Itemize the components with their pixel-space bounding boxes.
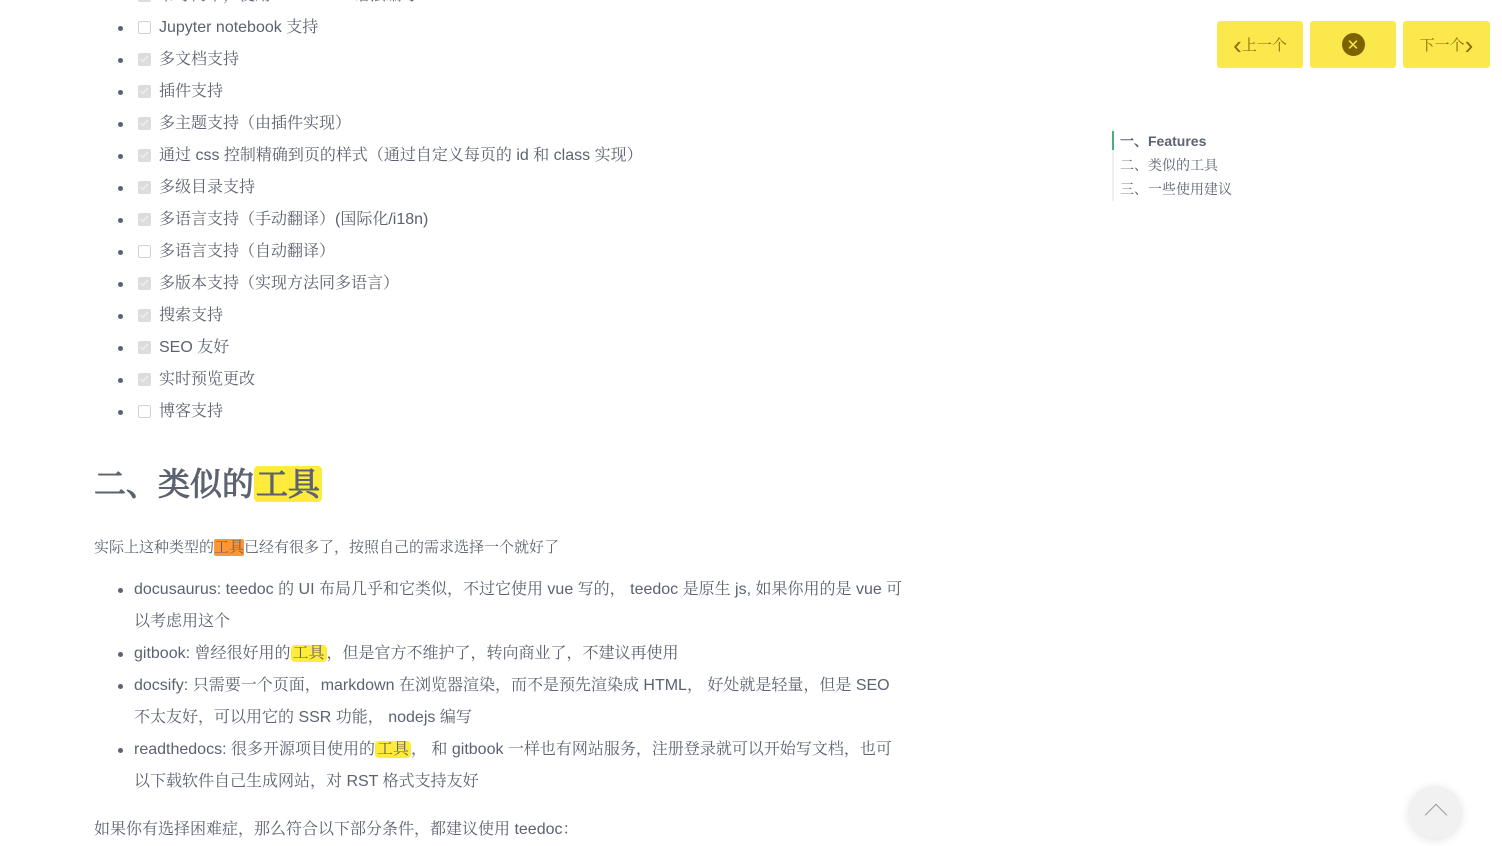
- tool-item-docusaurus: docusaurus: teedoc 的 UI 布局几乎和它类似，不过它使用 v…: [134, 574, 904, 638]
- next-label: 下一个: [1420, 34, 1465, 55]
- toc-item-similar-tools[interactable]: 二、类似的工具: [1114, 153, 1232, 177]
- feature-label: 博客支持: [159, 403, 223, 420]
- checkbox-checked-icon: [138, 0, 151, 2]
- checkbox-checked-icon: [138, 149, 151, 162]
- feature-item: 书写简单，使用 Markdown 语法编写: [118, 0, 904, 12]
- checkbox-checked-icon: [138, 341, 151, 354]
- feature-label: Jupyter notebook 支持: [159, 19, 318, 36]
- feature-label: 实时预览更改: [159, 371, 255, 388]
- feature-label: 多语言支持（手动翻译）(国际化/i18n): [159, 211, 428, 228]
- feature-item: 博客支持: [118, 396, 904, 428]
- toc-item-usage-suggestions[interactable]: 三、一些使用建议: [1114, 177, 1232, 201]
- feature-checklist: 书写简单，使用 Markdown 语法编写 Jupyter notebook 支…: [94, 0, 904, 428]
- intro-text: 已经有很多了，按照自己的需求选择一个就好了: [244, 539, 559, 556]
- search-highlight: 工具: [254, 466, 322, 502]
- tool-text: gitbook: 曾经很好用的: [134, 645, 291, 662]
- toc-item-features[interactable]: 一、Features: [1114, 129, 1232, 153]
- checkbox-checked-icon: [138, 117, 151, 130]
- feature-label: 多文档支持: [159, 51, 239, 68]
- tool-item-docsify: docsify: 只需要一个页面，markdown 在浏览器渲染，而不是预先渲染…: [134, 670, 904, 734]
- feature-item: Jupyter notebook 支持: [118, 12, 904, 44]
- checkbox-checked-icon: [138, 213, 151, 226]
- feature-item: 插件支持: [118, 76, 904, 108]
- checkbox-checked-icon: [138, 373, 151, 386]
- checkbox-checked-icon: [138, 309, 151, 322]
- search-highlight: 工具: [291, 645, 327, 662]
- intro-text: 实际上这种类型的: [94, 539, 214, 556]
- feature-item: 多文档支持: [118, 44, 904, 76]
- feature-item: 多版本支持（实现方法同多语言）: [118, 268, 904, 300]
- checkbox-checked-icon: [138, 53, 151, 66]
- feature-label: 多语言支持（自动翻译）: [159, 243, 335, 260]
- feature-item: 多级目录支持: [118, 172, 904, 204]
- feature-item: 多语言支持（手动翻译）(国际化/i18n): [118, 204, 904, 236]
- search-highlight: 工具: [375, 741, 411, 758]
- tool-text: docusaurus: teedoc 的 UI 布局几乎和它类似，不过它使用 v…: [134, 581, 902, 630]
- feature-label: 多级目录支持: [159, 179, 255, 196]
- checkbox-unchecked-icon: [138, 405, 151, 418]
- previous-match-button[interactable]: ‹ 上一个: [1217, 21, 1303, 68]
- search-navigation-bar: ‹ 上一个 ✕ 下一个 ›: [1217, 21, 1490, 68]
- feature-item: 通过 css 控制精确到页的样式（通过自定义每页的 id 和 class 实现）: [118, 140, 904, 172]
- feature-item: 搜索支持: [118, 300, 904, 332]
- tool-text: docsify: 只需要一个页面，markdown 在浏览器渲染，而不是预先渲染…: [134, 677, 890, 726]
- table-of-contents: 一、Features 二、类似的工具 三、一些使用建议: [1112, 129, 1232, 201]
- search-highlight-current: 工具: [214, 539, 244, 556]
- feature-label: 多主题支持（由插件实现）: [159, 115, 351, 132]
- feature-label: 多版本支持（实现方法同多语言）: [159, 275, 399, 292]
- checkbox-checked-icon: [138, 277, 151, 290]
- chevron-right-icon: ›: [1465, 32, 1474, 58]
- heading-text: 二、类似的: [94, 466, 254, 502]
- doc-content: 书写简单，使用 Markdown 语法编写 Jupyter notebook 支…: [94, 0, 904, 846]
- intro-paragraph: 实际上这种类型的工具已经有很多了，按照自己的需求选择一个就好了: [94, 532, 904, 564]
- close-search-button[interactable]: ✕: [1310, 21, 1396, 68]
- feature-label: 插件支持: [159, 83, 223, 100]
- feature-label: SEO 友好: [159, 339, 229, 356]
- chevron-left-icon: ‹: [1233, 32, 1242, 58]
- tool-text: readthedocs: 很多开源项目使用的: [134, 741, 375, 758]
- checkbox-unchecked-icon: [138, 21, 151, 34]
- feature-label: 书写简单，使用 Markdown 语法编写: [159, 0, 418, 4]
- checkbox-checked-icon: [138, 85, 151, 98]
- feature-label: 通过 css 控制精确到页的样式（通过自定义每页的 id 和 class 实现）: [159, 147, 643, 164]
- next-match-button[interactable]: 下一个 ›: [1403, 21, 1490, 68]
- checkbox-unchecked-icon: [138, 245, 151, 258]
- previous-label: 上一个: [1242, 34, 1287, 55]
- section-heading-similar-tools: 二、类似的工具: [94, 458, 904, 510]
- tools-list: docusaurus: teedoc 的 UI 布局几乎和它类似，不过它使用 v…: [94, 574, 904, 798]
- close-icon: ✕: [1342, 33, 1365, 56]
- feature-item: SEO 友好: [118, 332, 904, 364]
- tool-item-gitbook: gitbook: 曾经很好用的工具，但是官方不维护了，转向商业了，不建议再使用: [134, 638, 904, 670]
- tool-item-readthedocs: readthedocs: 很多开源项目使用的工具， 和 gitbook 一样也有…: [134, 734, 904, 798]
- closing-paragraph: 如果你有选择困难症，那么符合以下部分条件，都建议使用 teedoc：: [94, 814, 904, 846]
- feature-item: 实时预览更改: [118, 364, 904, 396]
- tool-text: ，但是官方不维护了，转向商业了，不建议再使用: [327, 645, 679, 662]
- feature-item: 多主题支持（由插件实现）: [118, 108, 904, 140]
- feature-label: 搜索支持: [159, 307, 223, 324]
- checkbox-checked-icon: [138, 181, 151, 194]
- back-to-top-button[interactable]: [1409, 786, 1461, 838]
- feature-item: 多语言支持（自动翻译）: [118, 236, 904, 268]
